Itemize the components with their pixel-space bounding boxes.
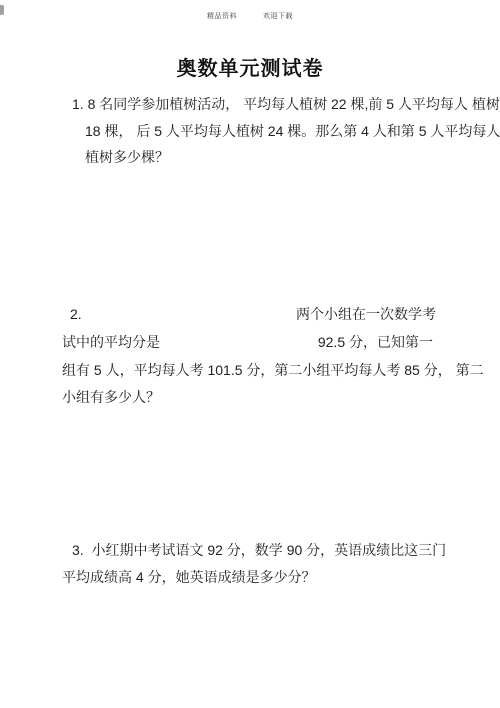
question-1-line-1: 1. 8 名同学参加植树活动， 平均每人植树 22 棵,前 5 人平均每人 植树 — [72, 97, 500, 112]
watermark-left-text: 精品资料 — [207, 13, 237, 21]
question-2-line-1-right: 两个小组在一次数学考 — [296, 307, 436, 322]
question-3-line-1: 3. 小红期中考试语文 92 分，数学 90 分，英语成绩比这三门 — [72, 543, 446, 558]
question-2-line-3: 组有 5 人，平均每人考 101.5 分，第二小组平均每人考 85 分， 第二 — [62, 363, 484, 378]
worksheet-page: 精品资料 欢迎下载 奥数单元测试卷 1. 8 名同学参加植树活动， 平均每人植树… — [0, 0, 500, 708]
watermark-right-text: 欢迎下载 — [263, 13, 293, 21]
watermark-header: 精品资料 欢迎下载 — [0, 13, 500, 21]
question-1-line-3: 植树多少棵？ — [85, 150, 169, 165]
question-2-line-2-right: 92.5 分，已知第一 — [318, 335, 433, 350]
question-3-line-2: 平均成绩高 4 分，她英语成绩是多少分？ — [62, 570, 316, 585]
question-2-line-2: 试中的平均分是 92.5 分，已知第一 — [62, 335, 433, 350]
page-title: 奥数单元测试卷 — [0, 57, 500, 81]
question-2-line-2-left: 试中的平均分是 — [62, 335, 160, 350]
question-2-line-1: 2. 两个小组在一次数学考 — [70, 307, 436, 322]
question-1-line-2: 18 棵， 后 5 人平均每人植树 24 棵。那么第 4 人和第 5 人平均每人 — [85, 124, 500, 139]
question-2-number: 2. — [70, 307, 82, 322]
question-2-line-4: 小组有多少人？ — [62, 390, 160, 405]
